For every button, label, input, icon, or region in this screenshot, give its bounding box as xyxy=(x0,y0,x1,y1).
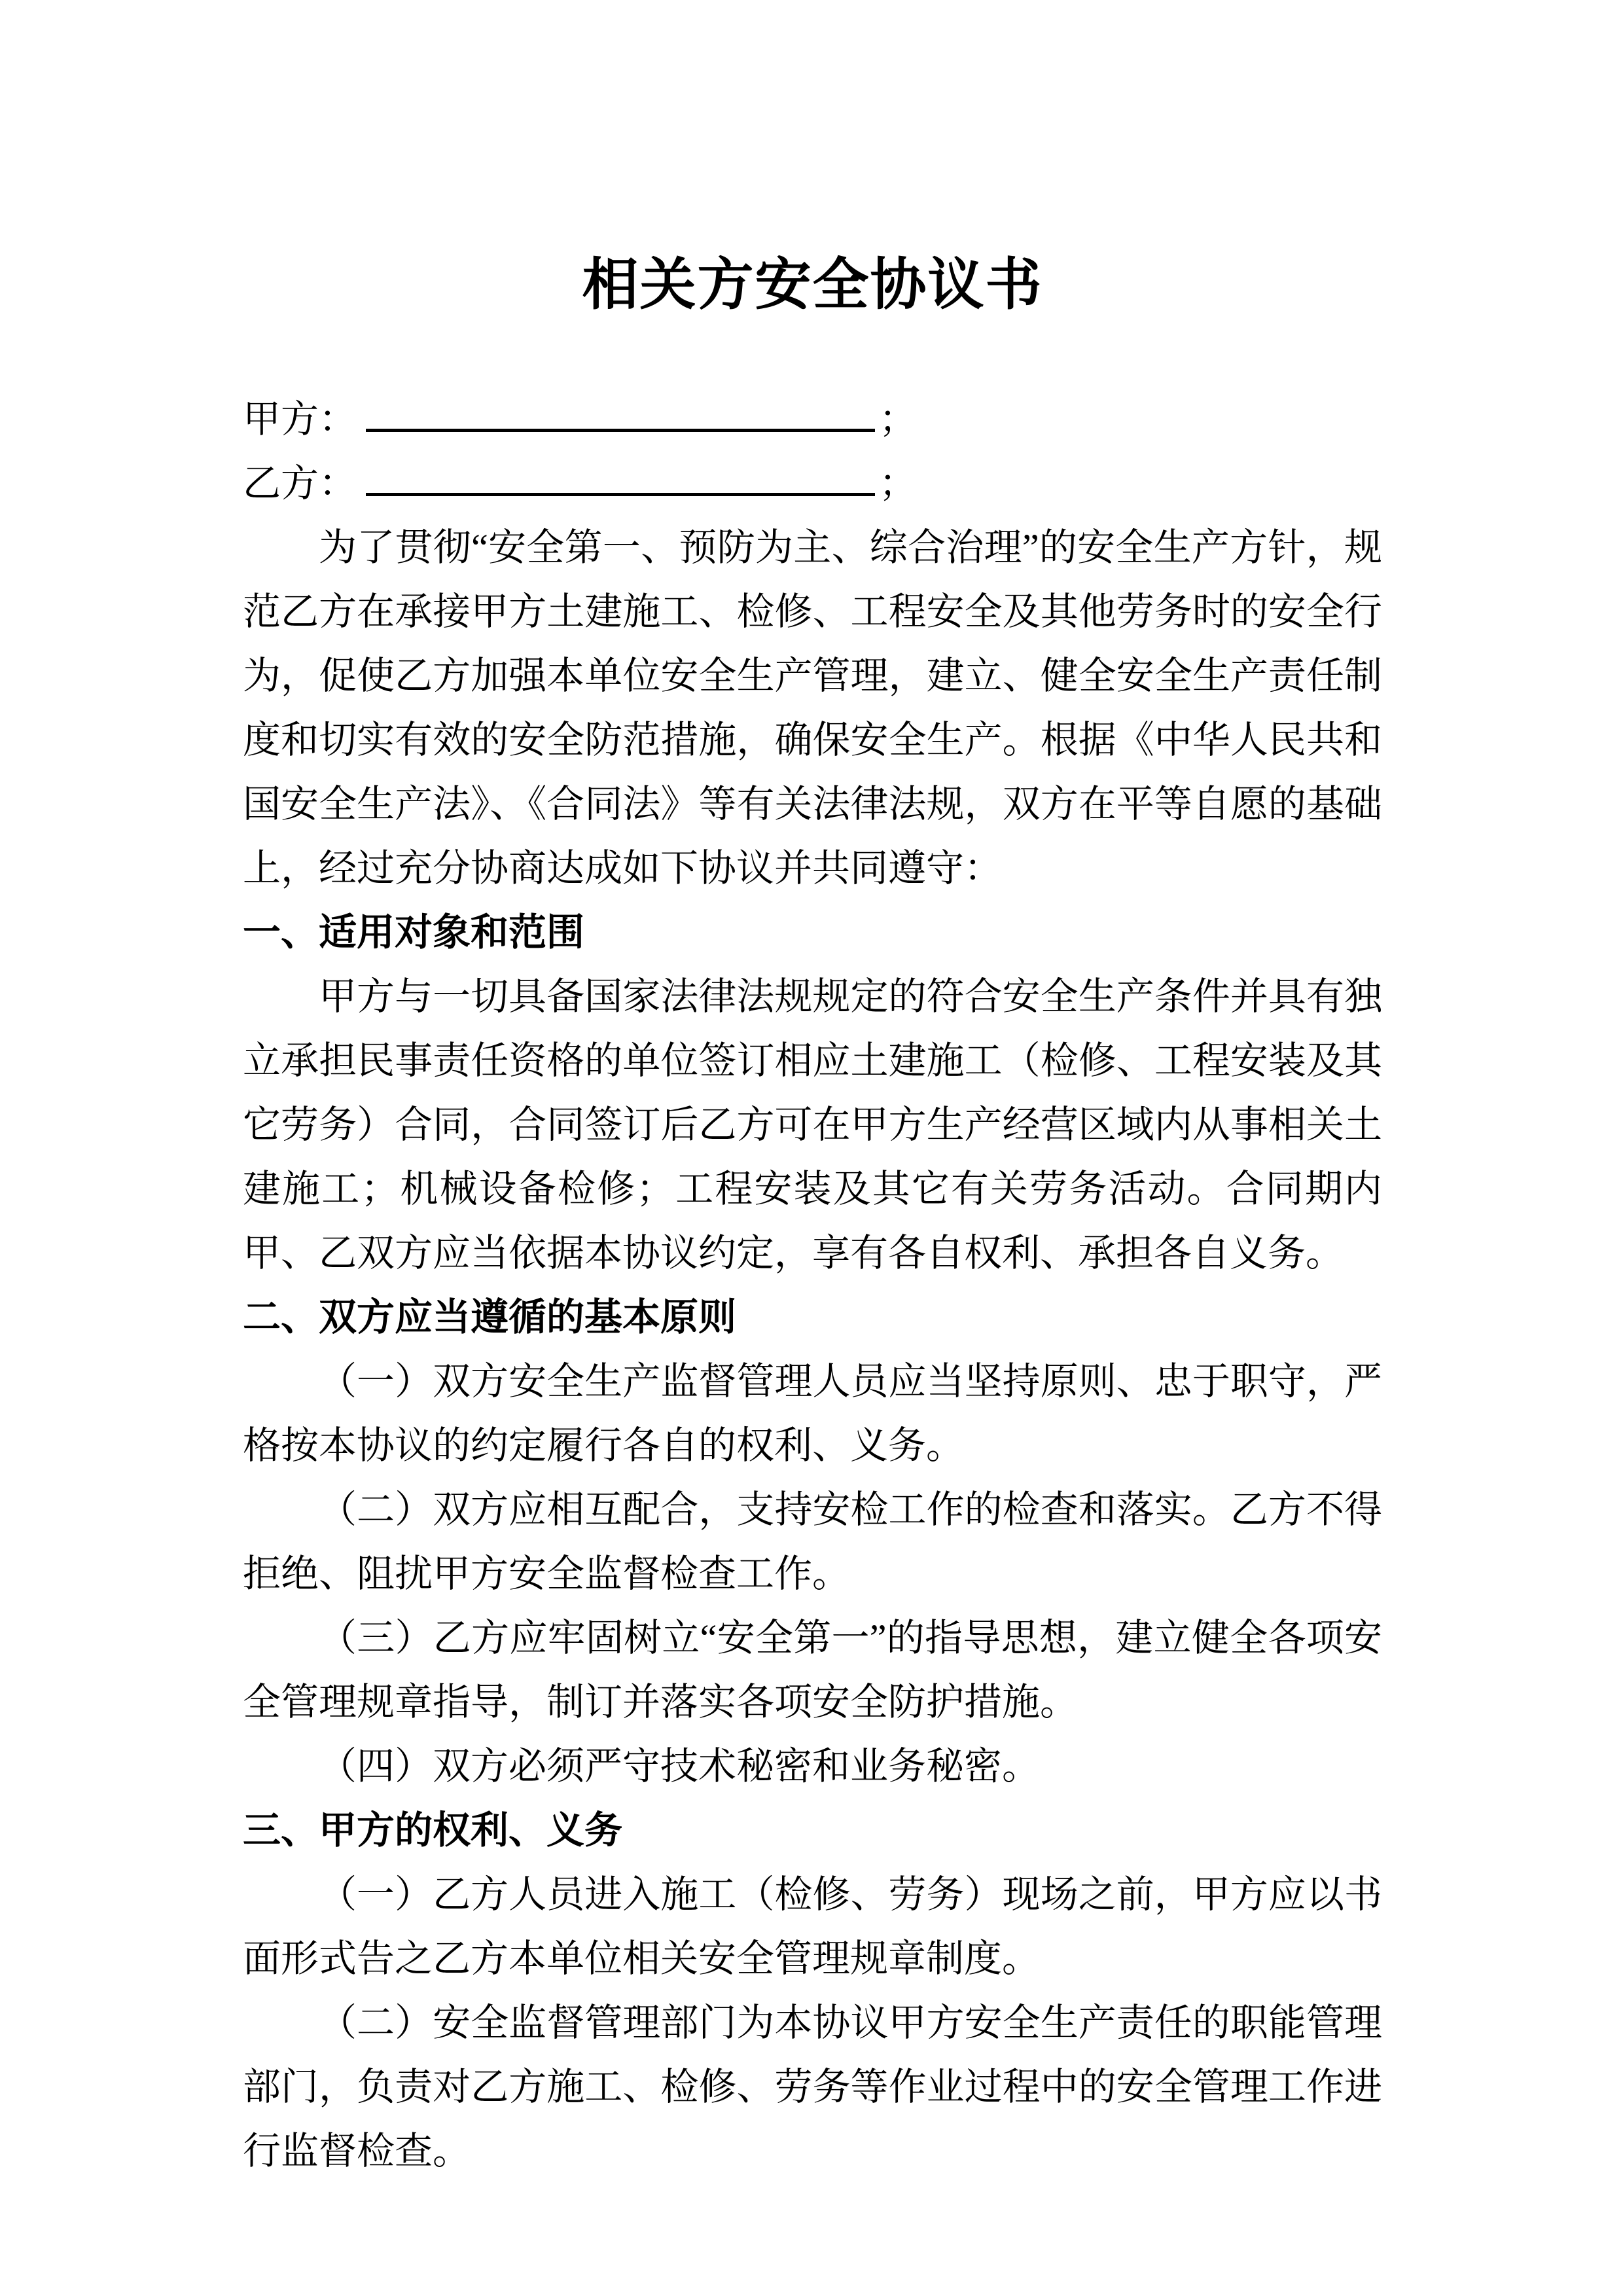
intro-paragraph: 为了贯彻“安全第一、预防为主、综合治理”的安全生产方针，规范乙方在承接甲方土建施… xyxy=(243,516,1382,901)
section-3-paragraph-1: （一）乙方人员进入施工（检修、劳务）现场之前，甲方应以书面形式告之乙方本单位相关… xyxy=(243,1863,1382,1991)
document-content: 相关方安全协议书 甲方：； 乙方：； 为了贯彻“安全第一、预防为主、综合治理”的… xyxy=(243,0,1382,2183)
section-2-paragraph-2: （二）双方应相互配合，支持安检工作的检查和落实。乙方不得拒绝、阻扰甲方安全监督检… xyxy=(243,1478,1382,1606)
party-b-suffix: ； xyxy=(879,452,917,516)
party-b-label: 乙方： xyxy=(243,452,357,516)
section-2-paragraph-1: （一）双方安全生产监督管理人员应当坚持原则、忠于职守，严格按本协议的约定履行各自… xyxy=(243,1350,1382,1478)
section-2-paragraph-4: （四）双方必须严守技术秘密和业务秘密。 xyxy=(243,1734,1382,1799)
party-b-row: 乙方：； xyxy=(243,452,1382,516)
party-a-label: 甲方： xyxy=(243,387,357,452)
document-page: 相关方安全协议书 甲方：； 乙方：； 为了贯彻“安全第一、预防为主、综合治理”的… xyxy=(0,0,1623,2296)
section-2-heading: 二、双方应当遵循的基本原则 xyxy=(243,1285,1382,1350)
section-1-paragraph-1: 甲方与一切具备国家法律法规规定的符合安全生产条件并具有独立承担民事责任资格的单位… xyxy=(243,965,1382,1285)
party-b-blank-field[interactable] xyxy=(366,456,875,496)
party-a-row: 甲方：； xyxy=(243,387,1382,452)
party-a-blank-field[interactable] xyxy=(366,392,875,432)
section-1-heading: 一、适用对象和范围 xyxy=(243,901,1382,965)
party-a-suffix: ； xyxy=(879,387,917,452)
section-3-paragraph-2: （二）安全监督管理部门为本协议甲方安全生产责任的职能管理部门，负责对乙方施工、检… xyxy=(243,1991,1382,2183)
section-2-paragraph-3: （三）乙方应牢固树立“安全第一”的指导思想，建立健全各项安全管理规章指导，制订并… xyxy=(243,1606,1382,1734)
document-title: 相关方安全协议书 xyxy=(243,0,1382,326)
section-3-heading: 三、甲方的权利、义务 xyxy=(243,1799,1382,1863)
